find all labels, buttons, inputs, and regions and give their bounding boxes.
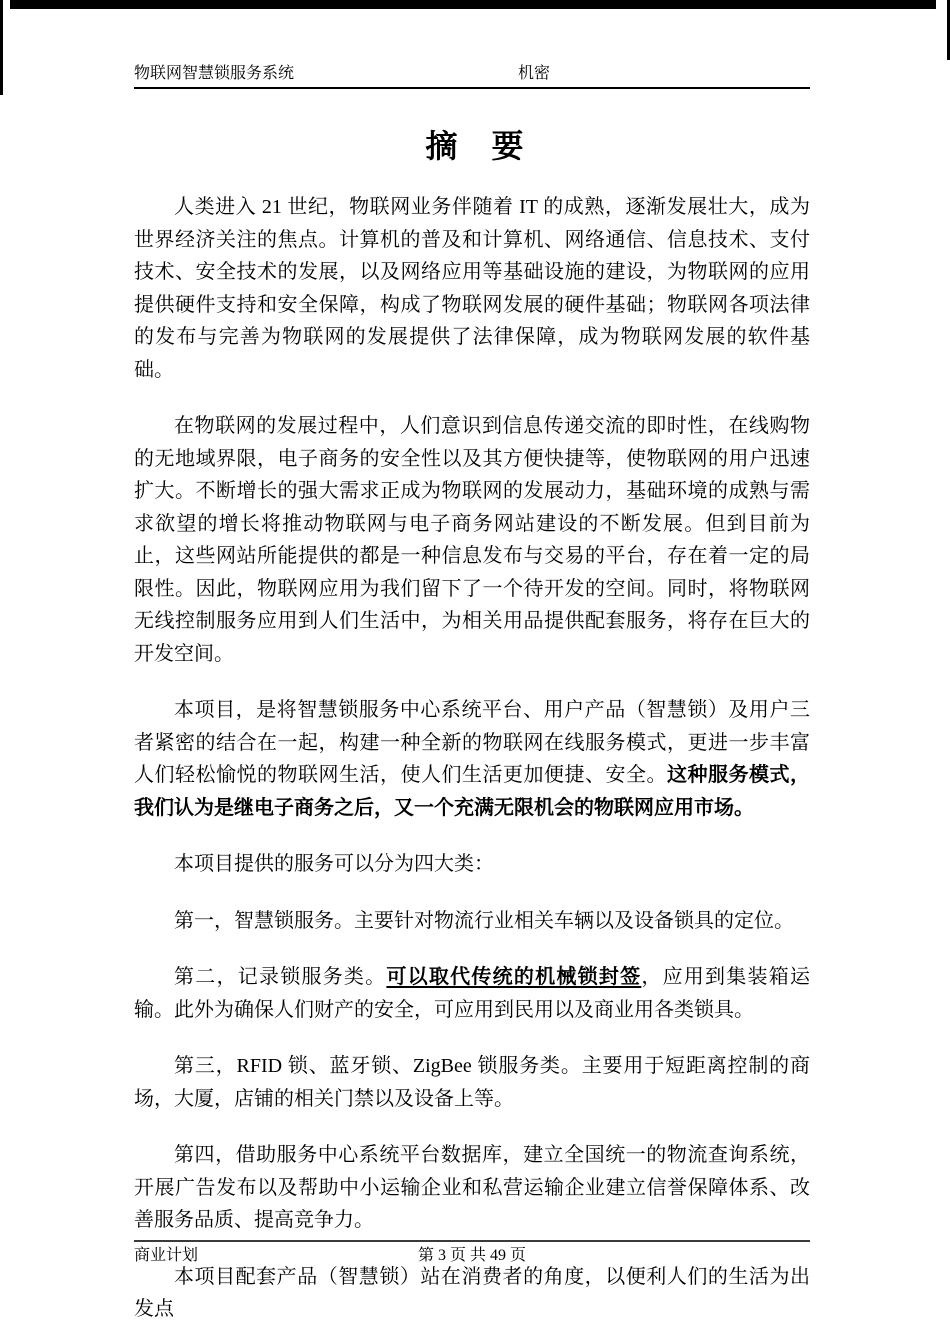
- scan-edge-left: [0, 0, 3, 95]
- footer-page-number: 第 3 页 共 49 页: [134, 1246, 810, 1266]
- text-run: 第三，RFID 锁、蓝牙锁、ZigBee 锁服务类。主要用于短距离控制的商场，大…: [134, 1055, 810, 1110]
- document-page: 物联网智慧锁服务系统 机密 摘 要 人类进入 21 世纪，物联网业务伴随着 IT…: [0, 0, 950, 1344]
- page-footer: 商业计划 第 3 页 共 49 页: [134, 1240, 810, 1266]
- header-classification-label: 机密: [518, 64, 550, 84]
- paragraph: 第四，借助服务中心系统平台数据库，建立全国统一的物流查询系统，开展广告发布以及帮…: [134, 1139, 810, 1237]
- emphasis-text-run: 可以取代传统的机械锁封签: [386, 966, 641, 988]
- document-body: 人类进入 21 世纪，物联网业务伴随着 IT 的成熟，逐渐发展壮大，成为世界经济…: [134, 191, 810, 1326]
- page-header: 物联网智慧锁服务系统 机密: [134, 64, 810, 89]
- paragraph: 本项目配套产品（智慧锁）站在消费者的角度，以便利人们的生活为出发点: [134, 1261, 810, 1326]
- text-run: 人类进入 21 世纪，物联网业务伴随着 IT 的成熟，逐渐发展壮大，成为世界经济…: [134, 196, 810, 381]
- paragraph: 本项目，是将智慧锁服务中心系统平台、用户产品（智慧锁）及用户三者紧密的结合在一起…: [134, 694, 810, 824]
- text-run: 本项目配套产品（智慧锁）站在消费者的角度，以便利人们的生活为出发点: [134, 1266, 810, 1321]
- text-run: 在物联网的发展过程中，人们意识到信息传递交流的即时性，在线购物的无地域界限，电子…: [134, 415, 810, 665]
- header-project-name: 物联网智慧锁服务系统: [134, 65, 294, 82]
- paragraph: 第二，记录锁服务类。可以取代传统的机械锁封签，应用到集装箱运输。此外为确保人们财…: [134, 961, 810, 1026]
- scan-edge-top: [10, 0, 936, 9]
- page-title: 摘 要: [0, 121, 950, 167]
- text-run: 本项目提供的服务可以分为四大类：: [174, 853, 494, 875]
- paragraph: 在物联网的发展过程中，人们意识到信息传递交流的即时性，在线购物的无地域界限，电子…: [134, 410, 810, 670]
- text-run: 第一，智慧锁服务。主要针对物流行业相关车辆以及设备锁具的定位。: [174, 910, 794, 932]
- text-run: 第四，借助服务中心系统平台数据库，建立全国统一的物流查询系统，开展广告发布以及帮…: [134, 1144, 810, 1231]
- paragraph: 第三，RFID 锁、蓝牙锁、ZigBee 锁服务类。主要用于短距离控制的商场，大…: [134, 1050, 810, 1115]
- paragraph: 人类进入 21 世纪，物联网业务伴随着 IT 的成熟，逐渐发展壮大，成为世界经济…: [134, 191, 810, 386]
- paragraph: 本项目提供的服务可以分为四大类：: [134, 848, 810, 881]
- text-run: 第二，记录锁服务类。: [174, 966, 386, 988]
- paragraph: 第一，智慧锁服务。主要针对物流行业相关车辆以及设备锁具的定位。: [134, 905, 810, 938]
